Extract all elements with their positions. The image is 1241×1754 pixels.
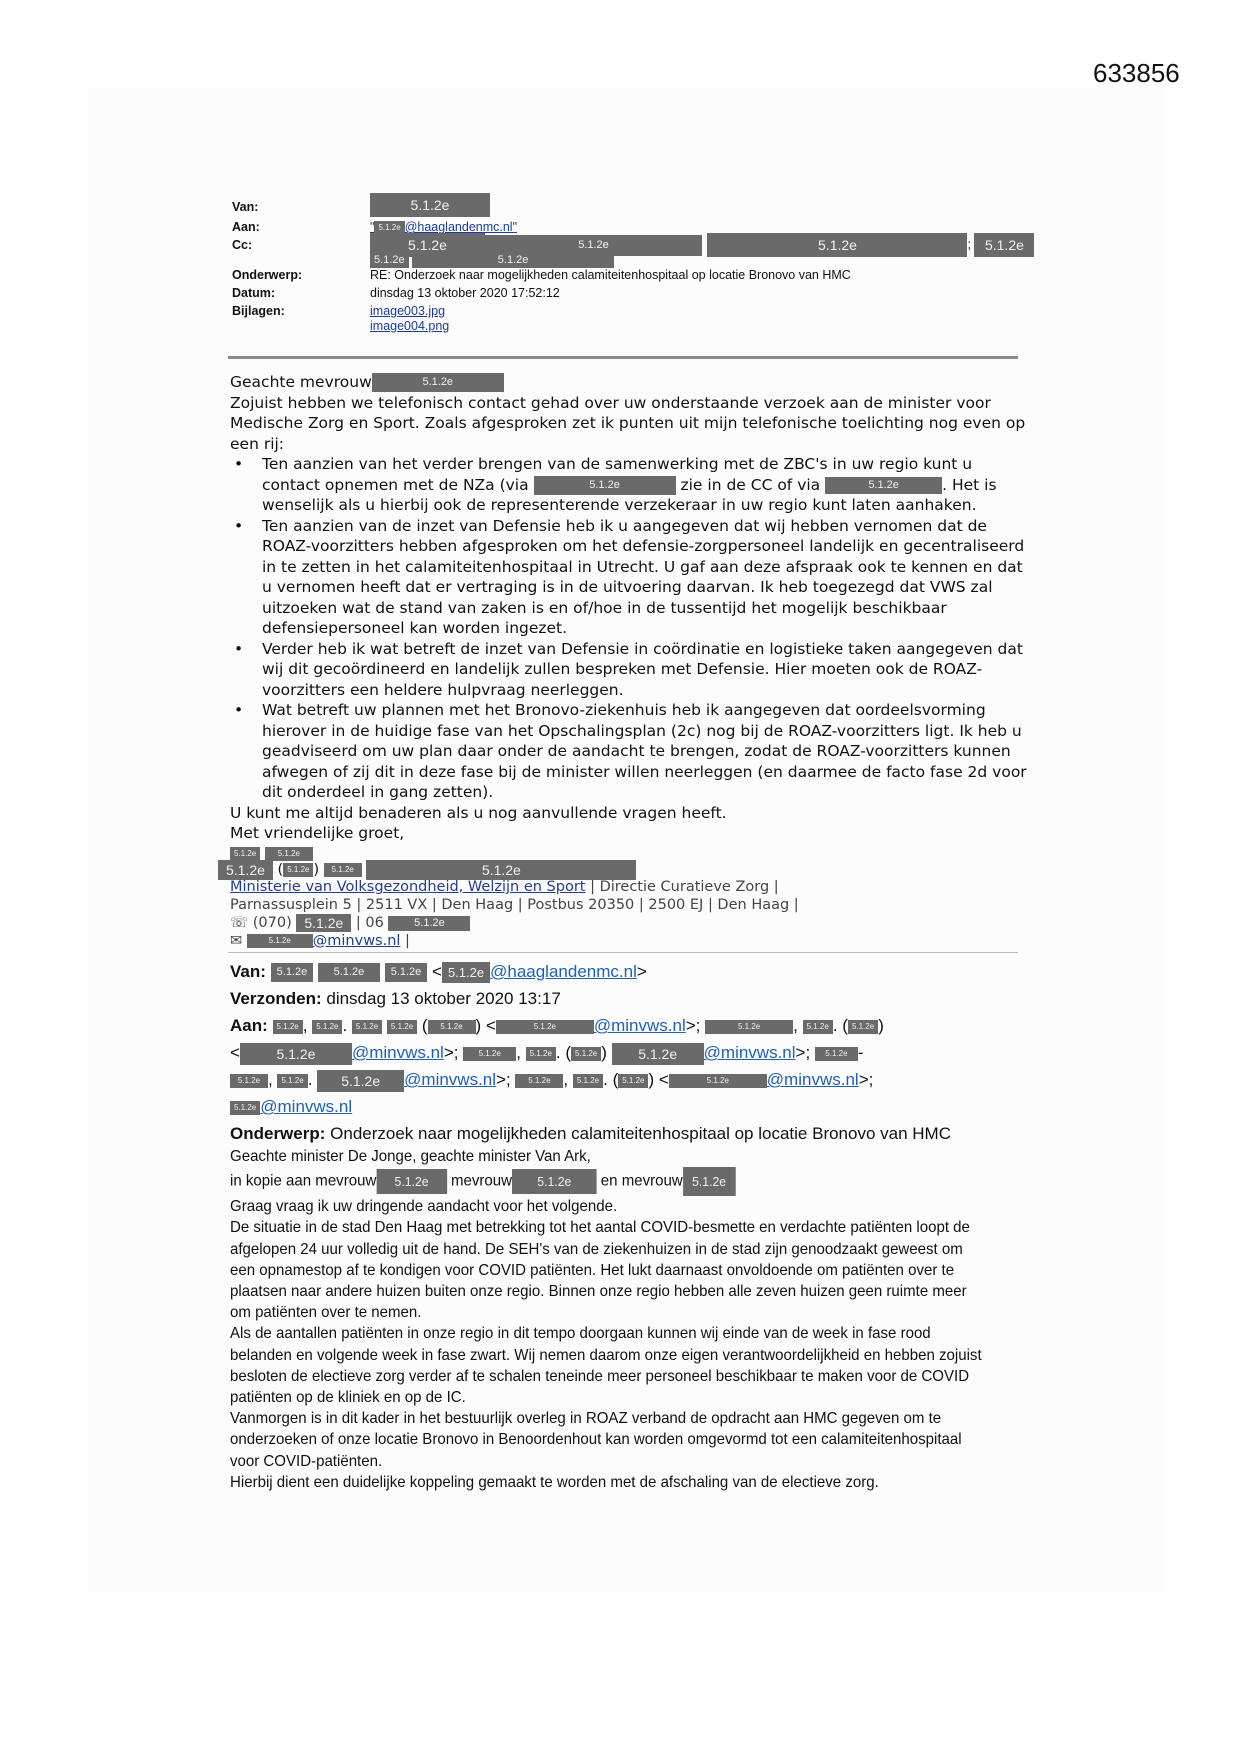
to-email-link[interactable]: 5.1.2e@minvws.nl bbox=[496, 1016, 686, 1035]
redaction: 5.1.2e bbox=[312, 1020, 342, 1034]
bullet-item: •Wat betreft uw plannen met het Bronovo-… bbox=[230, 700, 1030, 803]
to-email-link[interactable]: 5.1.2e@minvws.nl bbox=[230, 1097, 352, 1116]
redaction: 5.1.2e bbox=[512, 1169, 597, 1194]
redaction: 5.1.2e bbox=[372, 373, 504, 392]
redaction: 5.1.2e bbox=[230, 1101, 260, 1115]
document-number: 633856 bbox=[1093, 58, 1180, 89]
bullet-item: •Ten aanzien van de inzet van Defensie h… bbox=[230, 516, 1030, 639]
cc-label: Cc: bbox=[232, 238, 352, 252]
redaction: 5.1.2e bbox=[265, 847, 313, 861]
from-label: Van: bbox=[232, 200, 352, 214]
redaction: 5.1.2e bbox=[385, 963, 428, 982]
redaction: 5.1.2e bbox=[366, 860, 636, 880]
redaction: 5.1.2e bbox=[803, 1020, 833, 1034]
paragraph: Als de aantallen patiënten in onze regio… bbox=[230, 1323, 982, 1408]
redaction: 5.1.2e bbox=[974, 233, 1034, 257]
sent-label: Verzonden: bbox=[230, 989, 322, 1008]
date: dinsdag 13 oktober 2020 17:52:12 bbox=[370, 286, 560, 300]
redaction: 5.1.2e bbox=[218, 860, 273, 880]
to-email-link[interactable]: 5.1.2e@minvws.nl bbox=[612, 1043, 796, 1062]
redaction: 5.1.2e bbox=[317, 1070, 404, 1092]
address: Parnassusplein 5 | 2511 VX | Den Haag | … bbox=[218, 897, 1038, 915]
attachments-label: Bijlagen: bbox=[232, 304, 352, 318]
redaction: 5.1.2e bbox=[277, 1074, 307, 1088]
redaction: 5.1.2e bbox=[573, 1074, 603, 1088]
redaction: 5.1.2e bbox=[370, 253, 409, 268]
redaction: 5.1.2e bbox=[669, 1074, 767, 1088]
redaction: 5.1.2e bbox=[825, 477, 942, 494]
redaction: 5.1.2e bbox=[526, 1047, 556, 1061]
redaction: 5.1.2e bbox=[515, 1074, 563, 1088]
paragraph: Vanmorgen is in dit kader in het bestuur… bbox=[230, 1408, 982, 1472]
date-label: Datum: bbox=[232, 286, 352, 300]
signature: 5.1.2e 5.1.2e 5.1.2e (5.1.2e) 5.1.2e 5.1… bbox=[218, 846, 1038, 950]
subject: Onderzoek naar mogelijkheden calamiteite… bbox=[330, 1124, 951, 1143]
redaction: 5.1.2e bbox=[273, 1020, 303, 1034]
attachment-link[interactable]: image004.png bbox=[370, 319, 449, 333]
closing-line: U kunt me altijd benaderen als u nog aan… bbox=[230, 803, 1030, 824]
redaction: 5.1.2e bbox=[247, 934, 313, 948]
bullet-item: •Verder heb ik wat betreft de inzet van … bbox=[230, 639, 1030, 701]
regards: Met vriendelijke groet, bbox=[230, 823, 1030, 844]
to-email-link[interactable]: 5.1.2e@minvws.nl bbox=[669, 1070, 859, 1089]
redaction: 5.1.2e bbox=[618, 1074, 648, 1088]
to-email-link[interactable]: 5.1.2e@minvws.nl bbox=[240, 1043, 444, 1062]
mail-icon: ✉ bbox=[230, 933, 242, 949]
original-message-header: Van: 5.1.2e 5.1.2e 5.1.2e <5.1.2e@haagla… bbox=[230, 958, 1030, 1147]
redaction: 5.1.2e bbox=[230, 1074, 268, 1088]
redaction: 5.1.2e bbox=[352, 1020, 382, 1034]
redaction: 5.1.2e bbox=[848, 1020, 878, 1034]
greeting: Geachte minister De Jonge, geachte minis… bbox=[230, 1146, 982, 1167]
to-label: Aan: bbox=[232, 220, 352, 234]
to-email-link[interactable]: 5.1.2e@minvws.nl bbox=[317, 1070, 496, 1089]
redaction: 5.1.2e bbox=[271, 963, 314, 982]
redaction: 5.1.2e bbox=[230, 847, 260, 861]
redaction: 5.1.2e bbox=[296, 914, 351, 932]
redaction: 5.1.2e bbox=[412, 253, 614, 268]
subject-label: Onderwerp: bbox=[230, 1124, 325, 1143]
original-message-body: Geachte minister De Jonge, geachte minis… bbox=[230, 1146, 982, 1493]
redaction: 5.1.2e bbox=[705, 1020, 793, 1034]
redaction: 5.1.2e bbox=[815, 1047, 858, 1061]
redaction: 5.1.2e bbox=[240, 1043, 352, 1065]
bullet-item: •Ten aanzien van het verder brengen van … bbox=[230, 454, 1030, 516]
intro-paragraph: Zojuist hebben we telefonisch contact ge… bbox=[230, 393, 1030, 455]
salutation: Geachte mevrouw bbox=[230, 373, 372, 391]
redaction: 5.1.2e bbox=[571, 1047, 601, 1061]
signature-email-link[interactable]: 5.1.2e@minvws.nl bbox=[247, 933, 401, 949]
redaction: 5.1.2e bbox=[463, 1047, 516, 1061]
redaction: 5.1.2e bbox=[324, 863, 362, 877]
redaction: 5.1.2e bbox=[318, 963, 380, 982]
redaction: 5.1.2e bbox=[707, 233, 967, 257]
ministry-link[interactable]: Ministerie van Volksgezondheid, Welzijn … bbox=[230, 879, 585, 895]
redaction: 5.1.2e bbox=[387, 1020, 417, 1034]
attachment-link[interactable]: image003.jpg bbox=[370, 304, 445, 318]
redaction: 5.1.2e bbox=[376, 1169, 447, 1194]
paragraph: Hierbij dient een duidelijke koppeling g… bbox=[230, 1472, 982, 1493]
request-line: Graag vraag ik uw dringende aandacht voo… bbox=[230, 1196, 982, 1217]
redaction: 5.1.2e bbox=[496, 1020, 594, 1034]
redaction: 5.1.2e bbox=[388, 916, 470, 931]
message-divider bbox=[228, 952, 1018, 953]
from-label: Van: bbox=[230, 962, 266, 981]
redaction: 5.1.2e bbox=[442, 962, 490, 983]
redaction: 5.1.2e bbox=[683, 1167, 736, 1196]
to-email-link[interactable]: "5.1.2e@haaglandenmc.nl" bbox=[370, 220, 517, 234]
redaction: 5.1.2e bbox=[370, 193, 490, 217]
paragraph: De situatie in de stad Den Haag met betr… bbox=[230, 1217, 982, 1323]
from-email-link[interactable]: 5.1.2e@haaglandenmc.nl bbox=[442, 962, 637, 981]
subject: RE: Onderzoek naar mogelijkheden calamit… bbox=[370, 268, 851, 282]
redaction: 5.1.2e bbox=[612, 1043, 704, 1065]
redaction: 5.1.2e bbox=[534, 476, 676, 495]
phone-icon: ☏ bbox=[230, 915, 248, 931]
reply-body: Geachte mevrouw5.1.2e Zojuist hebben we … bbox=[230, 372, 1030, 844]
sent-date: dinsdag 13 oktober 2020 13:17 bbox=[326, 989, 560, 1008]
redaction: 5.1.2e bbox=[283, 863, 313, 877]
redaction: 5.1.2e bbox=[428, 1020, 476, 1034]
header-divider bbox=[228, 356, 1018, 359]
to-label: Aan: bbox=[230, 1016, 268, 1035]
subject-label: Onderwerp: bbox=[232, 268, 352, 282]
